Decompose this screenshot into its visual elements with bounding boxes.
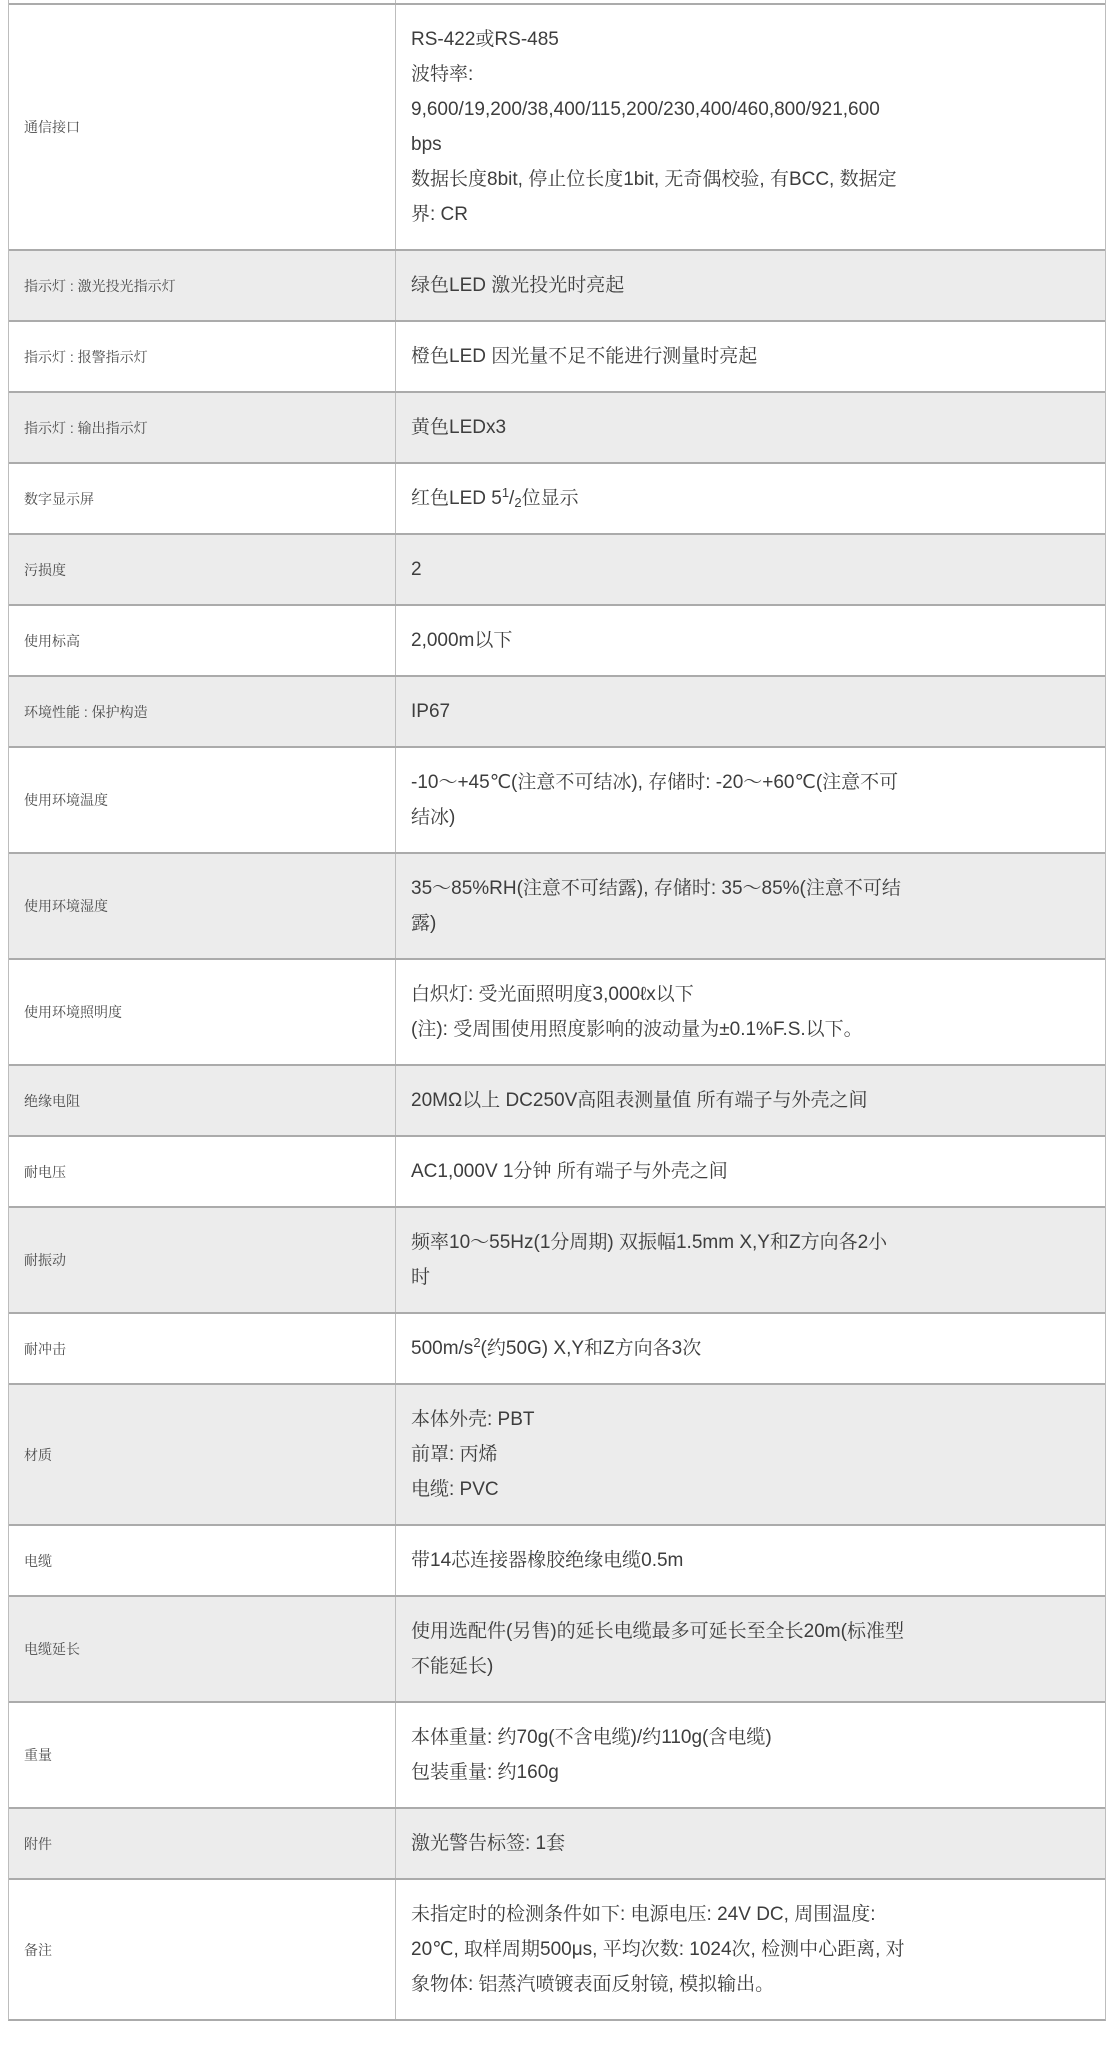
spec-label: 指示灯 : 输出指示灯	[9, 393, 396, 462]
spec-value: 激光警告标签: 1套	[396, 1809, 1105, 1878]
spec-value: 20MΩ以上 DC250V高阻表测量值 所有端子与外壳之间	[396, 1066, 1105, 1135]
spec-row: 指示灯 : 输出指示灯黄色LEDx3	[9, 391, 1105, 462]
column-divider-stub	[395, 0, 396, 3]
spec-value-part: 红色LED 5	[411, 488, 502, 509]
spec-row: 使用标高2,000m以下	[9, 604, 1105, 675]
spec-value-text: 2,000m以下	[411, 623, 512, 658]
spec-row: 重量本体重量: 约70g(不含电缆)/约110g(含电缆) 包装重量: 约160…	[9, 1701, 1105, 1807]
spec-label: 使用环境照明度	[9, 960, 396, 1064]
page: { "table": { "stripe_color": "#ececec", …	[0, 0, 1114, 2060]
spec-value: 使用选配件(另售)的延长电缆最多可延长至全长20m(标准型 不能延长)	[396, 1597, 1105, 1701]
spec-value-text: 500m/s2(约50G) X,Y和Z方向各3次	[411, 1331, 701, 1366]
spec-value: 本体外壳: PBT 前罩: 丙烯 电缆: PVC	[396, 1385, 1105, 1524]
spec-value-text: 绿色LED 激光投光时亮起	[411, 268, 624, 303]
spec-value-text: 35～85%RH(注意不可结露), 存储时: 35～85%(注意不可结 露)	[411, 871, 901, 941]
spec-value-part: 1	[502, 485, 509, 500]
spec-row: 数字显示屏红色LED 51/2位显示	[9, 462, 1105, 533]
spec-label: 通信接口	[9, 5, 396, 249]
spec-row: 材质本体外壳: PBT 前罩: 丙烯 电缆: PVC	[9, 1383, 1105, 1524]
spec-row: 使用环境照明度白炽灯: 受光面照明度3,000ℓx以下 (注): 受周围使用照度…	[9, 958, 1105, 1064]
spec-label: 使用标高	[9, 606, 396, 675]
spec-value-part: 2	[473, 1335, 480, 1350]
spec-value: 本体重量: 约70g(不含电缆)/约110g(含电缆) 包装重量: 约160g	[396, 1703, 1105, 1807]
spec-value-text: AC1,000V 1分钟 所有端子与外壳之间	[411, 1154, 728, 1189]
spec-value-text: 带14芯连接器橡胶绝缘电缆0.5m	[411, 1543, 683, 1578]
spec-value-text: -10～+45℃(注意不可结冰), 存储时: -20～+60℃(注意不可 结冰)	[411, 765, 898, 835]
spec-label: 耐电压	[9, 1137, 396, 1206]
spec-row: 环境性能 : 保护构造IP67	[9, 675, 1105, 746]
spec-value-text: 黄色LEDx3	[411, 410, 506, 445]
spec-value-text: 20MΩ以上 DC250V高阻表测量值 所有端子与外壳之间	[411, 1083, 868, 1118]
spec-row: 污损度2	[9, 533, 1105, 604]
spec-value-part: 位显示	[522, 488, 579, 509]
spec-row: 指示灯 : 激光投光指示灯绿色LED 激光投光时亮起	[9, 249, 1105, 320]
spec-value: 白炽灯: 受光面照明度3,000ℓx以下 (注): 受周围使用照度影响的波动量为…	[396, 960, 1105, 1064]
spec-value: 500m/s2(约50G) X,Y和Z方向各3次	[396, 1314, 1105, 1383]
spec-value: 2	[396, 535, 1105, 604]
spec-value-part: (约50G) X,Y和Z方向各3次	[481, 1338, 702, 1359]
spec-value: 35～85%RH(注意不可结露), 存储时: 35～85%(注意不可结 露)	[396, 854, 1105, 958]
spec-label: 污损度	[9, 535, 396, 604]
spec-value-text: 红色LED 51/2位显示	[411, 481, 579, 516]
spec-value-text: 激光警告标签: 1套	[411, 1826, 565, 1861]
spec-value: 带14芯连接器橡胶绝缘电缆0.5m	[396, 1526, 1105, 1595]
spec-value: 频率10～55Hz(1分周期) 双振幅1.5mm X,Y和Z方向各2小 时	[396, 1208, 1105, 1312]
spec-label: 指示灯 : 激光投光指示灯	[9, 251, 396, 320]
spec-value: 橙色LED 因光量不足不能进行测量时亮起	[396, 322, 1105, 391]
spec-row: 耐电压AC1,000V 1分钟 所有端子与外壳之间	[9, 1135, 1105, 1206]
spec-label: 材质	[9, 1385, 396, 1524]
spec-label: 耐冲击	[9, 1314, 396, 1383]
spec-table: 通信接口RS-422或RS-485 波特率: 9,600/19,200/38,4…	[8, 0, 1106, 2021]
spec-row: 耐冲击500m/s2(约50G) X,Y和Z方向各3次	[9, 1312, 1105, 1383]
spec-label: 电缆	[9, 1526, 396, 1595]
spec-value: IP67	[396, 677, 1105, 746]
spec-value-text: 本体重量: 约70g(不含电缆)/约110g(含电缆) 包装重量: 约160g	[411, 1720, 772, 1790]
spec-row: 使用环境温度-10～+45℃(注意不可结冰), 存储时: -20～+60℃(注意…	[9, 746, 1105, 852]
spec-value-text: 2	[411, 552, 422, 587]
spec-label: 电缆延长	[9, 1597, 396, 1701]
spec-label: 指示灯 : 报警指示灯	[9, 322, 396, 391]
spec-row: 绝缘电阻20MΩ以上 DC250V高阻表测量值 所有端子与外壳之间	[9, 1064, 1105, 1135]
spec-label: 附件	[9, 1809, 396, 1878]
spec-value-text: 橙色LED 因光量不足不能进行测量时亮起	[411, 339, 757, 374]
spec-label: 数字显示屏	[9, 464, 396, 533]
spec-label: 备注	[9, 1880, 396, 2019]
spec-label: 使用环境温度	[9, 748, 396, 852]
table-top-cut-row	[9, 0, 1105, 3]
spec-label: 环境性能 : 保护构造	[9, 677, 396, 746]
spec-row: 电缆带14芯连接器橡胶绝缘电缆0.5m	[9, 1524, 1105, 1595]
spec-value: 绿色LED 激光投光时亮起	[396, 251, 1105, 320]
spec-value-text: 频率10～55Hz(1分周期) 双振幅1.5mm X,Y和Z方向各2小 时	[411, 1225, 887, 1295]
spec-value: 2,000m以下	[396, 606, 1105, 675]
spec-value-text: RS-422或RS-485 波特率: 9,600/19,200/38,400/1…	[411, 22, 897, 232]
spec-value: AC1,000V 1分钟 所有端子与外壳之间	[396, 1137, 1105, 1206]
spec-row: 耐振动频率10～55Hz(1分周期) 双振幅1.5mm X,Y和Z方向各2小 时	[9, 1206, 1105, 1312]
spec-label: 重量	[9, 1703, 396, 1807]
spec-row: 电缆延长使用选配件(另售)的延长电缆最多可延长至全长20m(标准型 不能延长)	[9, 1595, 1105, 1701]
spec-value-text: 白炽灯: 受光面照明度3,000ℓx以下 (注): 受周围使用照度影响的波动量为…	[411, 977, 863, 1047]
spec-row: 附件激光警告标签: 1套	[9, 1807, 1105, 1878]
spec-row: 使用环境湿度35～85%RH(注意不可结露), 存储时: 35～85%(注意不可…	[9, 852, 1105, 958]
spec-label: 使用环境湿度	[9, 854, 396, 958]
spec-value: RS-422或RS-485 波特率: 9,600/19,200/38,400/1…	[396, 5, 1105, 249]
spec-value: 红色LED 51/2位显示	[396, 464, 1105, 533]
spec-label: 耐振动	[9, 1208, 396, 1312]
spec-row: 通信接口RS-422或RS-485 波特率: 9,600/19,200/38,4…	[9, 3, 1105, 249]
spec-value: 未指定时的检测条件如下: 电源电压: 24V DC, 周围温度: 20℃, 取样…	[396, 1880, 1105, 2019]
spec-value: -10～+45℃(注意不可结冰), 存储时: -20～+60℃(注意不可 结冰)	[396, 748, 1105, 852]
spec-value-part: 500m/s	[411, 1338, 473, 1359]
spec-label: 绝缘电阻	[9, 1066, 396, 1135]
spec-value-text: IP67	[411, 694, 450, 729]
spec-row: 指示灯 : 报警指示灯橙色LED 因光量不足不能进行测量时亮起	[9, 320, 1105, 391]
spec-row: 备注未指定时的检测条件如下: 电源电压: 24V DC, 周围温度: 20℃, …	[9, 1878, 1105, 2019]
spec-value-text: 未指定时的检测条件如下: 电源电压: 24V DC, 周围温度: 20℃, 取样…	[411, 1897, 905, 2002]
spec-value-text: 本体外壳: PBT 前罩: 丙烯 电缆: PVC	[411, 1402, 535, 1507]
spec-value-part: 2	[514, 495, 521, 510]
spec-value-text: 使用选配件(另售)的延长电缆最多可延长至全长20m(标准型 不能延长)	[411, 1614, 904, 1684]
spec-value: 黄色LEDx3	[396, 393, 1105, 462]
